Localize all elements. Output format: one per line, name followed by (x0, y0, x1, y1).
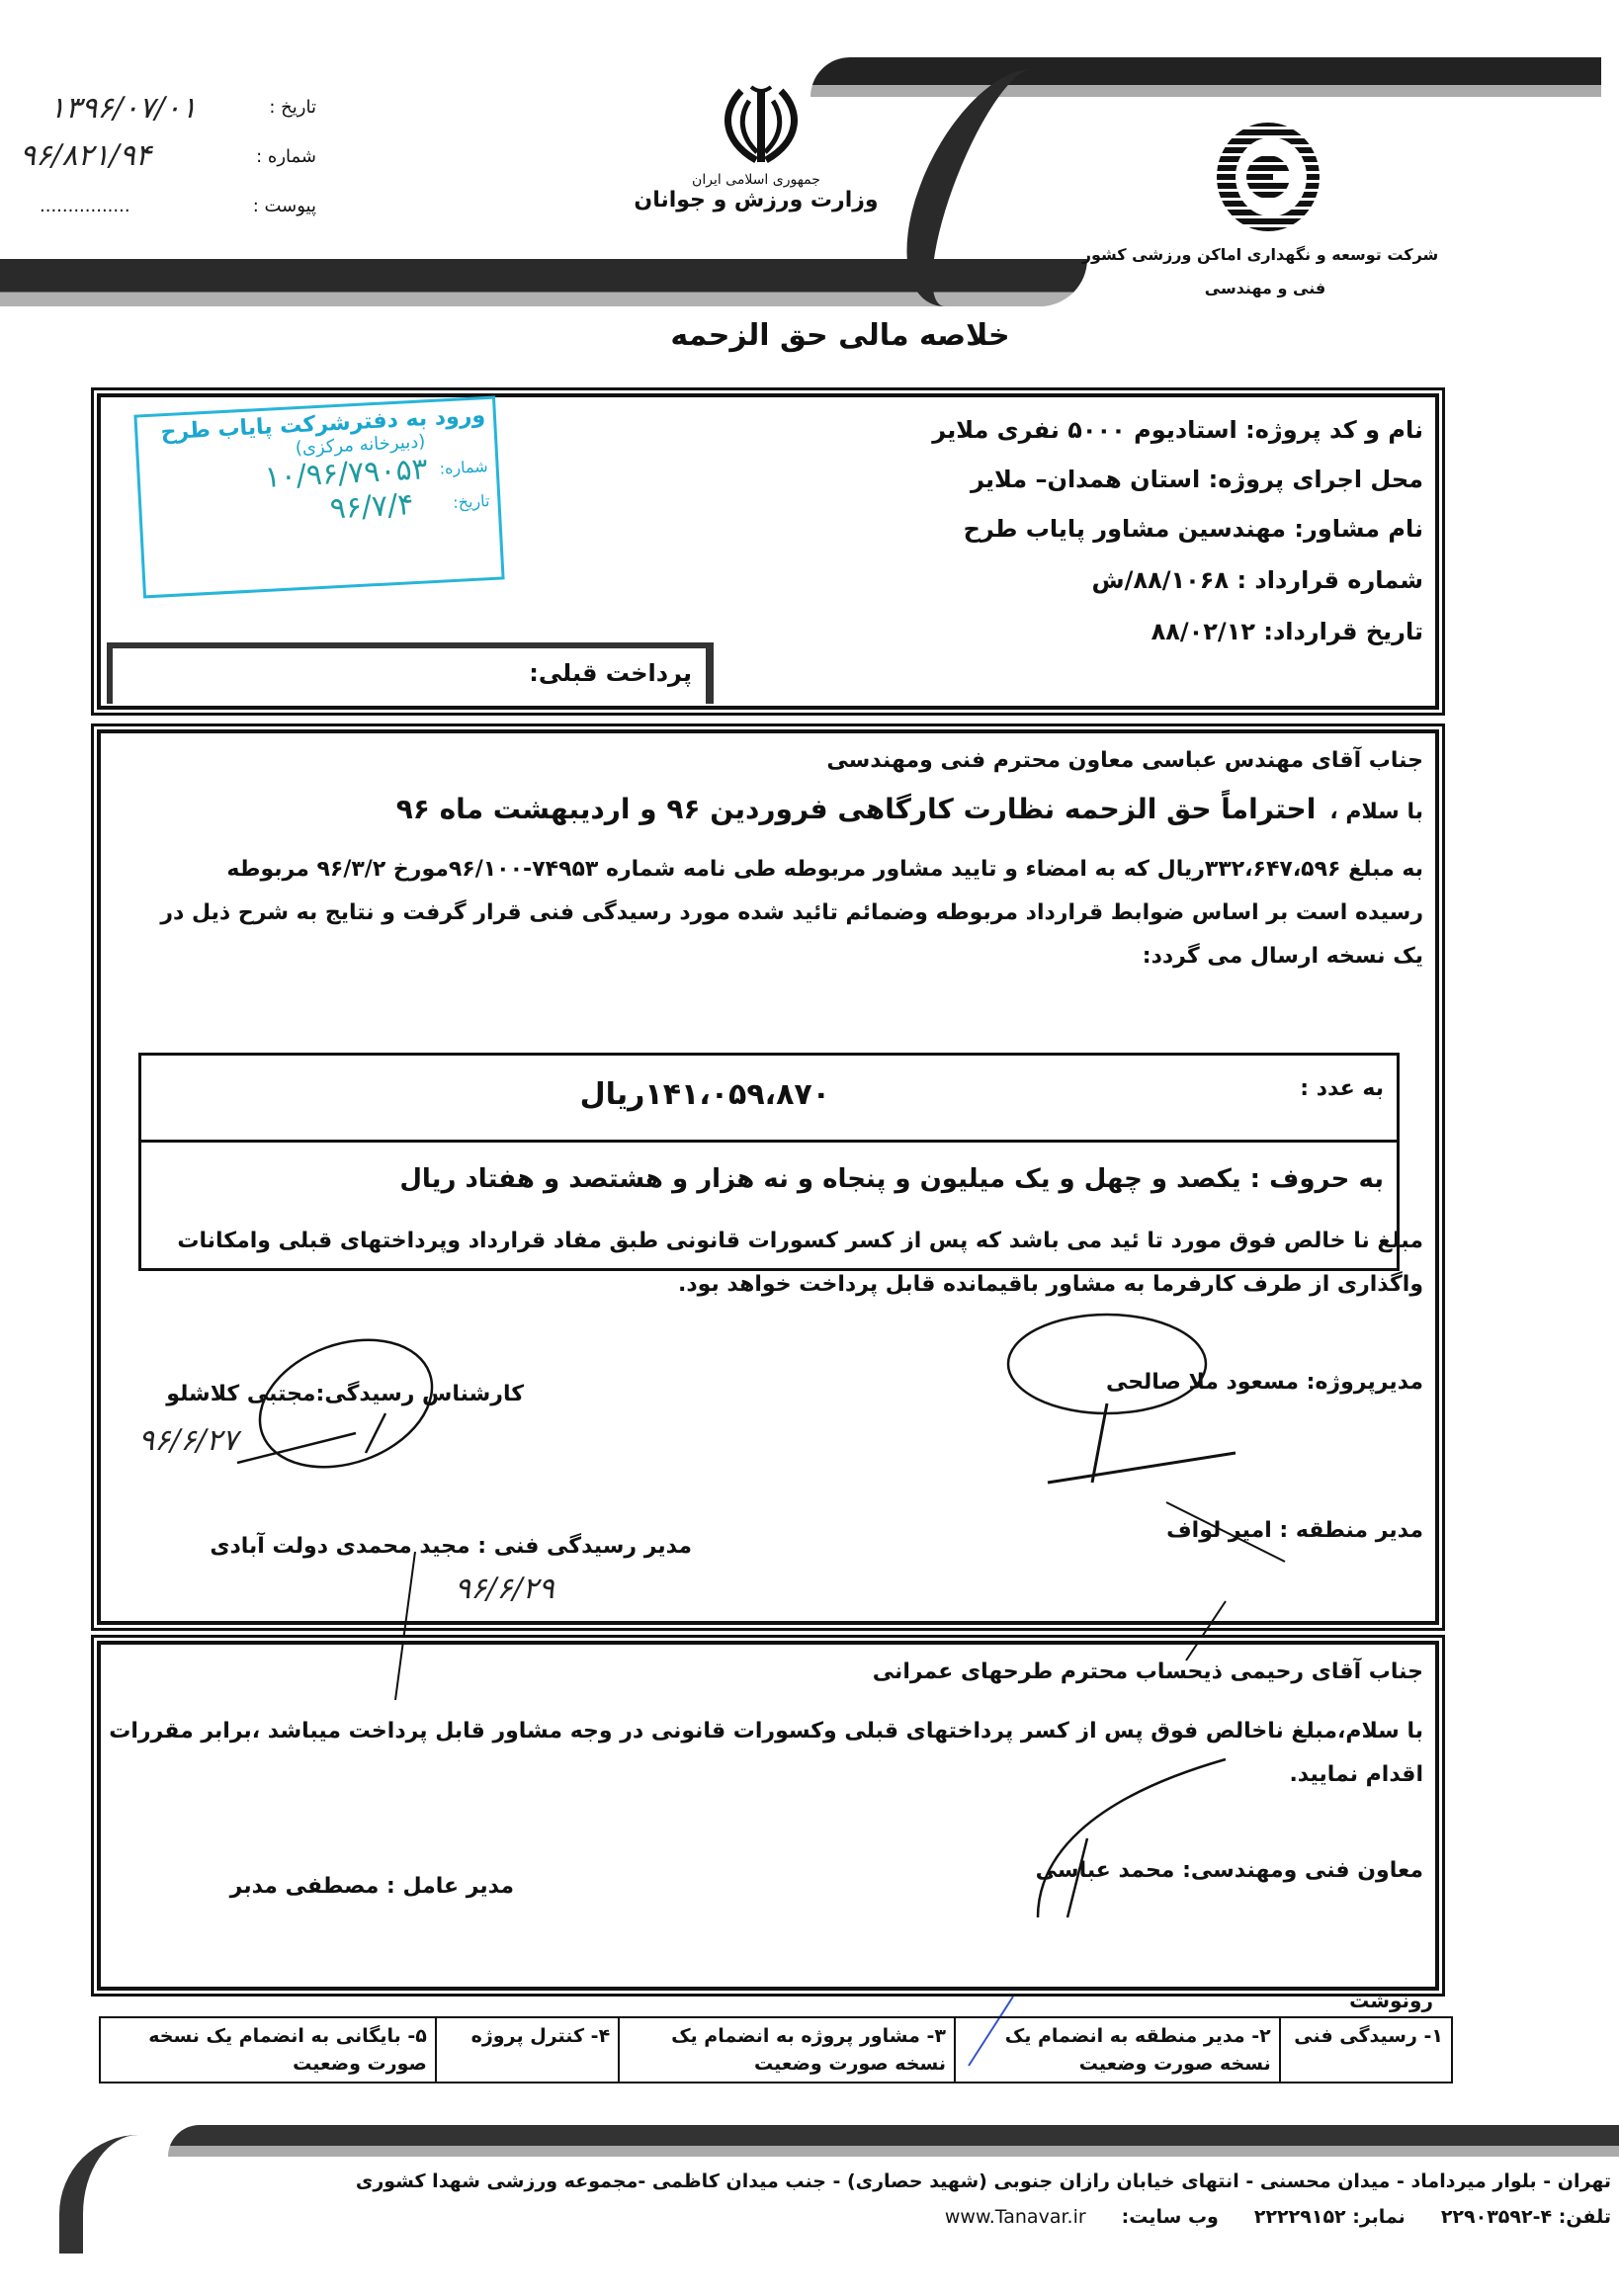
footer-band-curve (59, 2135, 221, 2253)
header-band-curve (876, 69, 1213, 306)
copy-item: ۵- بایگانی به انضمام یک نسخه صورت وضعیت (100, 2017, 436, 2083)
project-name: نام و کد پروژه: استادیوم ۵۰۰۰ نفری ملایر (751, 403, 1423, 457)
ministry-line2: وزارت ورزش و جوانان (633, 188, 880, 213)
note-line1: مبلغ نا خالص فوق مورد تا ئید می باشد که … (109, 1220, 1423, 1263)
letter-greeting: با سلام ، (1329, 791, 1423, 834)
copies-table: ۱- رسیدگی فنی ۲- مدیر منطقه به انضمام یک… (99, 2016, 1453, 2083)
stamp-date-label: تاریخ: (453, 491, 490, 512)
approval-body-line1: با سلام،مبلغ ناخالص فوق پس از کسر پرداخت… (109, 1710, 1423, 1753)
copy-item: ۱- رسیدگی فنی (1280, 2017, 1452, 2083)
contract-date: تاریخ قرارداد: ۸۸/۰۲/۱۲ (751, 605, 1423, 658)
footer-phone: تلفن: ۴-۲۲۹۰۳۵۹۲ (1441, 2206, 1611, 2228)
ministry-line1: جمهوری اسلامی ایران (633, 172, 880, 188)
letter-body-line2: رسیده است بر اساس ضوابط قرارداد مربوطه و… (109, 892, 1423, 935)
letter-body-line3: یک نسخه ارسال می گردد: (109, 935, 1423, 978)
footer-website-link[interactable]: www.Tanavar.ir (945, 2206, 1086, 2228)
amount-divider (138, 1140, 1397, 1143)
copies-title: رونوشت (1285, 1989, 1433, 2012)
technical-deputy-signature: معاون فنی ومهندسی: محمد عباسی (988, 1858, 1423, 1883)
amount-numeric-label: به عدد : (1186, 1067, 1384, 1111)
footer-fax: نمابر: ۲۲۲۲۹۱۵۲ (1254, 2206, 1406, 2228)
company-department: فنی و مهندسی (1166, 279, 1364, 298)
iran-emblem-icon (722, 81, 801, 170)
project-location: محل اجرای پروژه: استان همدان– ملایر (751, 453, 1423, 506)
amount-words: به حروف : یکصد و چهل و یک میلیون و پنجاه… (395, 1156, 1384, 1202)
technical-review-date: ۹۶/۶/۲۹ (455, 1572, 613, 1606)
copy-item: ۲- مدیر منطقه به انضمام یک نسخه صورت وضع… (955, 2017, 1280, 2083)
footer-address: تهران - بلوار میرداماد - میدان محسنی - ا… (138, 2170, 1611, 2192)
company-name: شرکت توسعه و نگهداری اماکن ورزشی کشور (1067, 245, 1453, 264)
attachment-value: ................ (40, 196, 198, 216)
regional-manager-signature: مدیر منطقه : امیر لواف (1087, 1518, 1423, 1543)
approval-body-line2: اقدام نمایید. (109, 1753, 1423, 1797)
ceo-signature: مدیر عامل : مصطفی مدبر (158, 1874, 514, 1899)
review-expert-signature: کارشناس رسیدگی:مجتبی کلاشلو (148, 1382, 524, 1406)
review-expert-date: ۹۶/۶/۲۷ (138, 1423, 277, 1458)
note-line2: واگذاری از طرف کارفرما به مشاور باقیماند… (109, 1263, 1423, 1307)
letter-subject: احتراماً حق الزحمه نظارت کارگاهی فروردین… (396, 793, 1317, 825)
attachment-label: پیوست : (198, 196, 316, 216)
letter-addressee: جناب آقای مهندس عباسی معاون محترم فنی وم… (297, 739, 1423, 783)
amount-numeric-value: ۱۴۱،۰۵۹،۸۷۰ریال (435, 1077, 830, 1112)
technical-review-manager-signature: مدیر رسیدگی فنی : مجید محمدی دولت آبادی (158, 1534, 692, 1559)
company-logo-icon (1214, 121, 1322, 234)
footer-website-label: وب سایت: (1122, 2206, 1219, 2228)
letter-body-line1: به مبلغ ۳۳۲،۶۴۷،۵۹۶ریال که به امضاء و تا… (109, 848, 1423, 892)
copy-item: ۴- کنترل پروژه (436, 2017, 619, 2083)
document-title: خلاصه مالی حق الزحمه (494, 318, 1186, 353)
stamp-number-label: شماره: (439, 457, 488, 478)
number-value: ۹۶/۸۲۱/۹۴ (20, 138, 208, 173)
date-value: ۱۳۹۶/۰۷/۰۱ (49, 91, 208, 126)
received-stamp: ورود به دفترشرکت پایاب طرح (دبیرخانه مرک… (133, 396, 504, 599)
previous-payment-label: پرداخت قبلی: (435, 646, 692, 700)
number-label: شماره : (198, 146, 316, 167)
footer-band (168, 2125, 1619, 2157)
consultant-name: نام مشاور: مهندسین مشاور پایاب طرح (751, 502, 1423, 555)
date-label: تاریخ : (198, 97, 316, 118)
stamp-date-value: ۹۶/۷/۴ (329, 487, 414, 526)
contract-number: شماره قرارداد : ۸۸/۱۰۶۸/ش (751, 553, 1423, 607)
copy-item: ۳- مشاور پروژه به انضمام یک نسخه صورت وض… (619, 2017, 955, 2083)
approval-addressee: جناب آقای رحیمی ذیحساب محترم طرحهای عمرا… (494, 1651, 1423, 1694)
project-manager-signature: مدیرپروژه: مسعود ملا صالحی (1008, 1370, 1423, 1395)
